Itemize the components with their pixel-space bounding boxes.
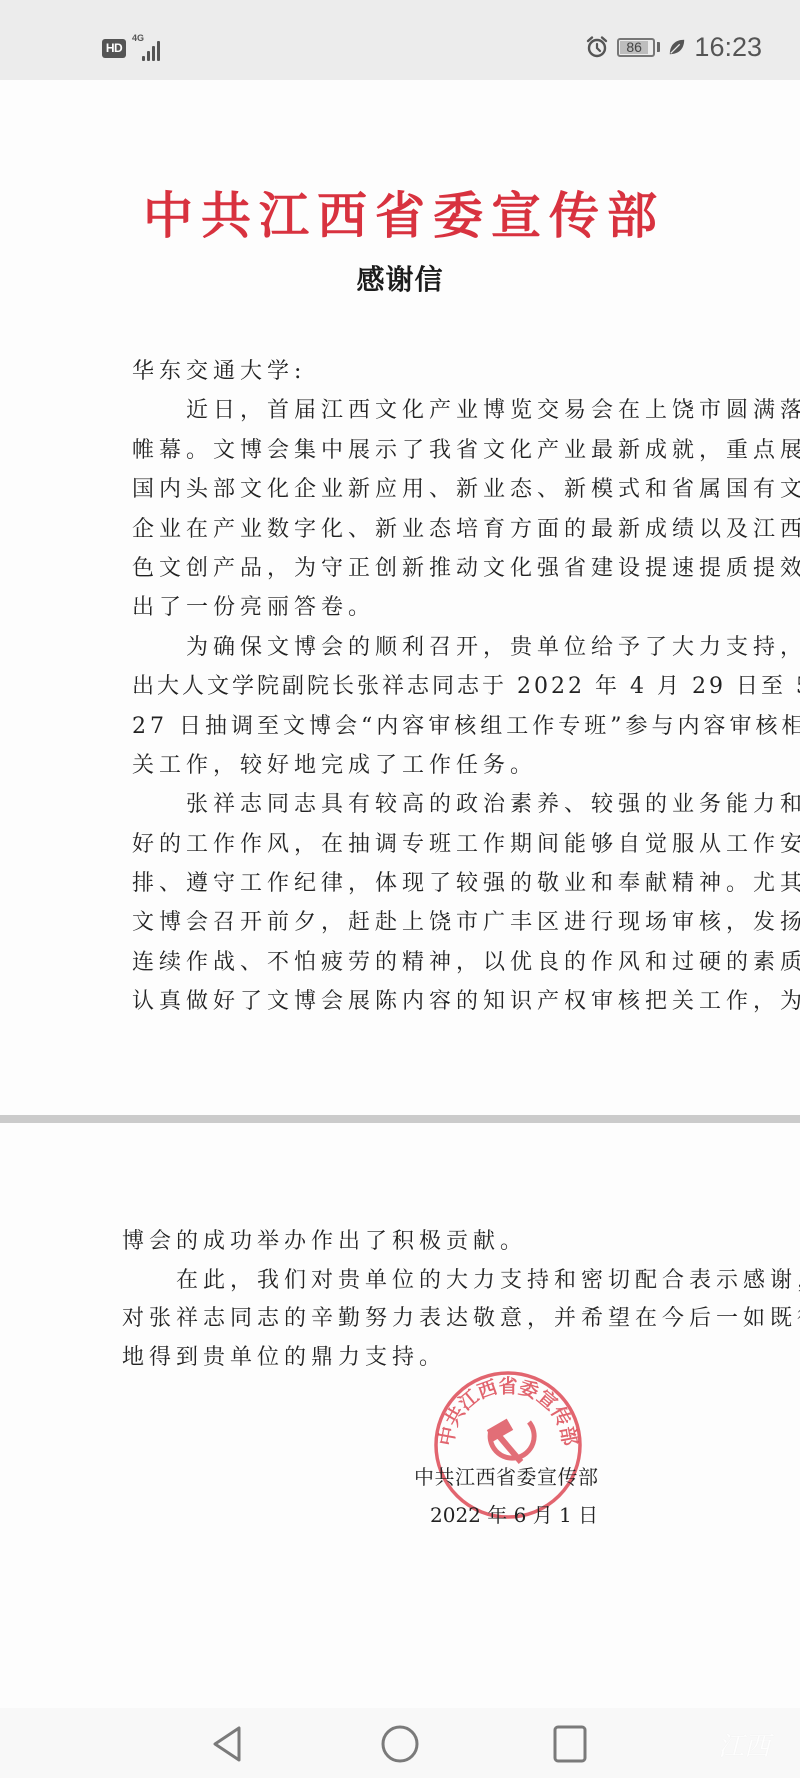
letter-body-page-1: 华东交通大学: 近日，首届江西文化产业博览交易会在上饶市圆满落下 帷幕。文博会集… [132,352,677,1022]
issuer-header: 中共江西省委宣传部 [143,186,665,246]
watermark-logo: 江西 [718,1726,770,1763]
clock-time: 16:23 [694,32,762,63]
body-line: 为确保文博会的顺利召开，贵单位给予了大力支持，派 [132,628,677,667]
status-bar: HD 4G 86 16:23 [0,0,800,80]
svg-text:中共江西省委宣传部: 中共江西省委宣传部 [434,1374,581,1447]
signature-date: 2022 年 6 月 1 日 [430,1499,590,1528]
status-right: 86 16:23 [585,30,762,64]
body-line: 色文创产品，为守正创新推动文化强省建设提速提质提效交 [132,549,677,588]
body-line: 好的工作作风，在抽调专班工作期间能够自觉服从工作安 [132,825,677,864]
body-line: 出了一份亮丽答卷。 [132,588,677,627]
signal-icon: 4G [132,35,176,61]
body-line: 国内头部文化企业新应用、新业态、新模式和省属国有文化 [132,470,677,509]
battery-percent: 86 [620,41,648,54]
letter-body-page-2: 博会的成功举办作出了积极贡献。 在此，我们对贵单位的大力支持和密切配合表示感谢，… [122,1223,667,1377]
body-line: 帷幕。文博会集中展示了我省文化产业最新成就，重点展示 [132,431,677,470]
back-icon [209,1724,245,1764]
official-seal-stamp: 中共江西省委宣传部 [433,1370,583,1520]
home-icon [380,1724,420,1764]
body-line: 排、遵守工作纪律，体现了较强的敬业和奉献精神。尤其在 [132,864,677,903]
body-line: 关工作，较好地完成了工作任务。 [132,746,677,785]
letter-title: 感谢信 [0,260,800,300]
home-button[interactable] [378,1722,422,1766]
status-left: HD 4G [102,36,176,60]
body-line: 地得到贵单位的鼎力支持。 [122,1339,667,1378]
body-line: 出大人文学院副院长张祥志同志于 2022 年 4 月 29 日至 5 月 [132,667,677,706]
body-line: 认真做好了文博会展陈内容的知识产权审核把关工作，为文 [132,982,677,1021]
leaf-icon [668,38,686,56]
navigation-bar: 江西 [0,1708,800,1778]
body-line: 博会的成功举办作出了积极贡献。 [122,1223,667,1262]
signature-organization: 中共江西省委宣传部 [414,1461,604,1490]
signal-bars [142,41,160,61]
body-line: 对张祥志同志的辛勤努力表达敬意，并希望在今后一如既往 [122,1300,667,1339]
document-page-2: 博会的成功举办作出了积极贡献。 在此，我们对贵单位的大力支持和密切配合表示感谢，… [0,1123,800,1708]
page-separator [0,1115,800,1123]
body-line: 文博会召开前夕，赶赴上饶市广丰区进行现场审核，发扬了 [132,903,677,942]
recents-icon [552,1724,588,1764]
body-line: 在此，我们对贵单位的大力支持和密切配合表示感谢， [122,1262,667,1301]
body-line: 27 日抽调至文博会“内容审核组工作专班”参与内容审核相 [132,707,677,746]
document-page-1: 中共江西省委宣传部 感谢信 华东交通大学: 近日，首届江西文化产业博览交易会在上… [0,80,800,1115]
hd-voice-icon: HD [102,39,126,58]
body-line: 连续作战、不怕疲劳的精神，以优良的作风和过硬的素质， [132,943,677,982]
alarm-clock-icon [585,35,609,59]
salutation: 华东交通大学: [132,352,677,391]
body-line: 张祥志同志具有较高的政治素养、较强的业务能力和良 [132,785,677,824]
back-button[interactable] [205,1722,249,1766]
battery-indicator: 86 [617,38,660,57]
body-line: 企业在产业数字化、新业态培育方面的最新成绩以及江西特 [132,510,677,549]
recents-button[interactable] [548,1722,592,1766]
body-line: 近日，首届江西文化产业博览交易会在上饶市圆满落下 [132,391,677,430]
